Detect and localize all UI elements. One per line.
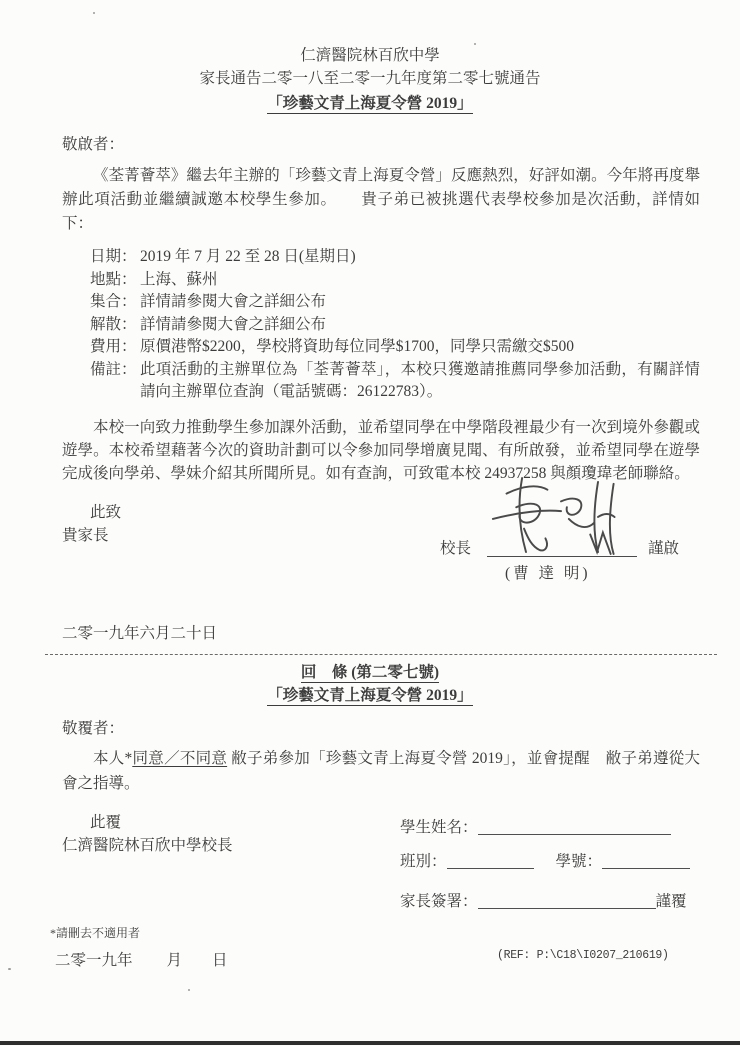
document-ref: (REF: P:\C18\I0207_210619) <box>497 949 669 962</box>
detail-value: 詳情請參閱大會之詳細公布 <box>140 314 700 337</box>
principal-signature <box>489 474 635 558</box>
event-title: 「珍藝文青上海夏令營 2019」 <box>40 92 700 115</box>
reply-date-month: 月 <box>167 952 183 969</box>
school-name: 仁濟醫院林百欣中學 <box>40 44 700 67</box>
detail-label: 解散： <box>90 314 140 337</box>
reply-slip-title: 回 條 (第二零七號) <box>40 661 700 684</box>
reply-salutation: 敬覆者： <box>62 717 700 740</box>
reply-date-line: 二零一九年月日 <box>55 949 228 972</box>
class-no-blank <box>602 853 690 869</box>
detail-row-assembly: 集合： 詳情請參閱大會之詳細公布 <box>90 291 700 314</box>
detail-label: 費用： <box>90 336 140 359</box>
detail-label: 集合： <box>90 291 140 314</box>
reply-date-year: 二零一九年 <box>55 952 133 969</box>
reply-date-day: 日 <box>212 952 228 969</box>
reply-fields: 學生姓名： 班別：學號： 家長簽署：謹覆 <box>400 816 710 916</box>
reply-slip-title-text: 回 條 (第二零七號) <box>301 664 439 683</box>
scanned-notice-page: 仁濟醫院林百欣中學 家長通告二零一八至二零一九年度第二零七號通告 「珍藝文青上海… <box>0 0 740 1046</box>
detail-label: 日期： <box>90 246 140 269</box>
student-name-label: 學生姓名： <box>400 819 478 836</box>
delete-inapplicable-footnote: *請刪去不適用者 <box>50 925 140 941</box>
class-label: 班別： <box>400 853 447 870</box>
detail-row-fee: 費用： 原價港幣$2200，學校將資助每位同學$1700，同學只需繳交$500 <box>90 336 700 359</box>
detail-row-dismissal: 解散： 詳情請參閱大會之詳細公布 <box>90 314 700 337</box>
detail-value: 詳情請參閱大會之詳細公布 <box>140 291 700 314</box>
parent-closing: 謹覆 <box>656 893 687 910</box>
detail-value: 原價港幣$2200，學校將資助每位同學$1700，同學只需繳交$500 <box>140 336 700 359</box>
detail-value: 此項活動的主辦單位為「荃菁薈萃」，本校只獲邀請推薦同學參加活動，有關詳情請向主辦… <box>140 359 700 404</box>
event-details-list: 日期： 2019 年 7 月 22 至 28 日(星期日) 地點： 上海、蘇州 … <box>90 246 700 404</box>
scan-speck <box>93 12 95 14</box>
detail-label: 備註： <box>90 359 140 404</box>
event-title-text: 「珍藝文青上海夏令營 2019」 <box>267 95 472 114</box>
scan-speck <box>474 43 476 45</box>
cut-line-separator <box>45 654 717 655</box>
parent-signature-row: 家長簽署：謹覆 <box>400 890 687 913</box>
class-blank <box>447 853 534 869</box>
class-row: 班別：學號： <box>400 850 690 873</box>
reply-slip-header: 回 條 (第二零七號) 「珍藝文青上海夏令營 2019」 <box>40 661 700 708</box>
student-name-blank <box>478 819 671 835</box>
detail-label: 地點： <box>90 269 140 292</box>
letter-date: 二零一九年六月二十日 <box>62 622 700 645</box>
scan-edge-bar <box>0 1041 740 1045</box>
scan-speck <box>8 968 11 970</box>
parent-signature-label: 家長簽署： <box>400 893 478 910</box>
reply-slip-subtitle: 「珍藝文青上海夏令營 2019」 <box>40 684 700 708</box>
consent-prefix: 本人* <box>93 750 132 767</box>
principal-label: 校長 <box>440 536 471 558</box>
notice-number-line: 家長通告二零一八至二零一九年度第二零七號通告 <box>40 67 700 90</box>
consent-choice-agree-disagree: 同意／不同意 <box>132 750 227 767</box>
letter-salutation: 敬啟者： <box>62 133 700 156</box>
detail-row-date: 日期： 2019 年 7 月 22 至 28 日(星期日) <box>90 246 700 269</box>
class-no-label: 學號： <box>556 853 603 870</box>
scan-speck <box>188 989 190 991</box>
student-name-row: 學生姓名： <box>400 816 671 839</box>
principal-closing: 謹啟 <box>648 536 679 558</box>
detail-row-location: 地點： 上海、蘇州 <box>90 269 700 292</box>
principal-name: (曹 達 明) <box>505 561 591 583</box>
reply-slip-subtitle-text: 「珍藝文青上海夏令營 2019」 <box>267 687 472 706</box>
consent-statement: 本人*同意／不同意 敝子弟參加「珍藝文青上海夏令營 2019」，並會提醒 敝子弟… <box>62 746 700 796</box>
detail-row-remarks: 備註： 此項活動的主辦單位為「荃菁薈萃」，本校只獲邀請推薦同學參加活動，有關詳情… <box>90 359 700 404</box>
detail-value: 上海、蘇州 <box>140 269 700 292</box>
intro-paragraph: 《荃菁薈萃》繼去年主辦的「珍藝文青上海夏令營」反應熱烈，好評如潮。今年將再度舉辦… <box>62 164 700 236</box>
principal-signature-line <box>487 471 637 557</box>
parent-signature-blank <box>478 893 656 909</box>
detail-value: 2019 年 7 月 22 至 28 日(星期日) <box>140 246 700 269</box>
letter-header: 仁濟醫院林百欣中學 家長通告二零一八至二零一九年度第二零七號通告 「珍藝文青上海… <box>40 44 700 115</box>
